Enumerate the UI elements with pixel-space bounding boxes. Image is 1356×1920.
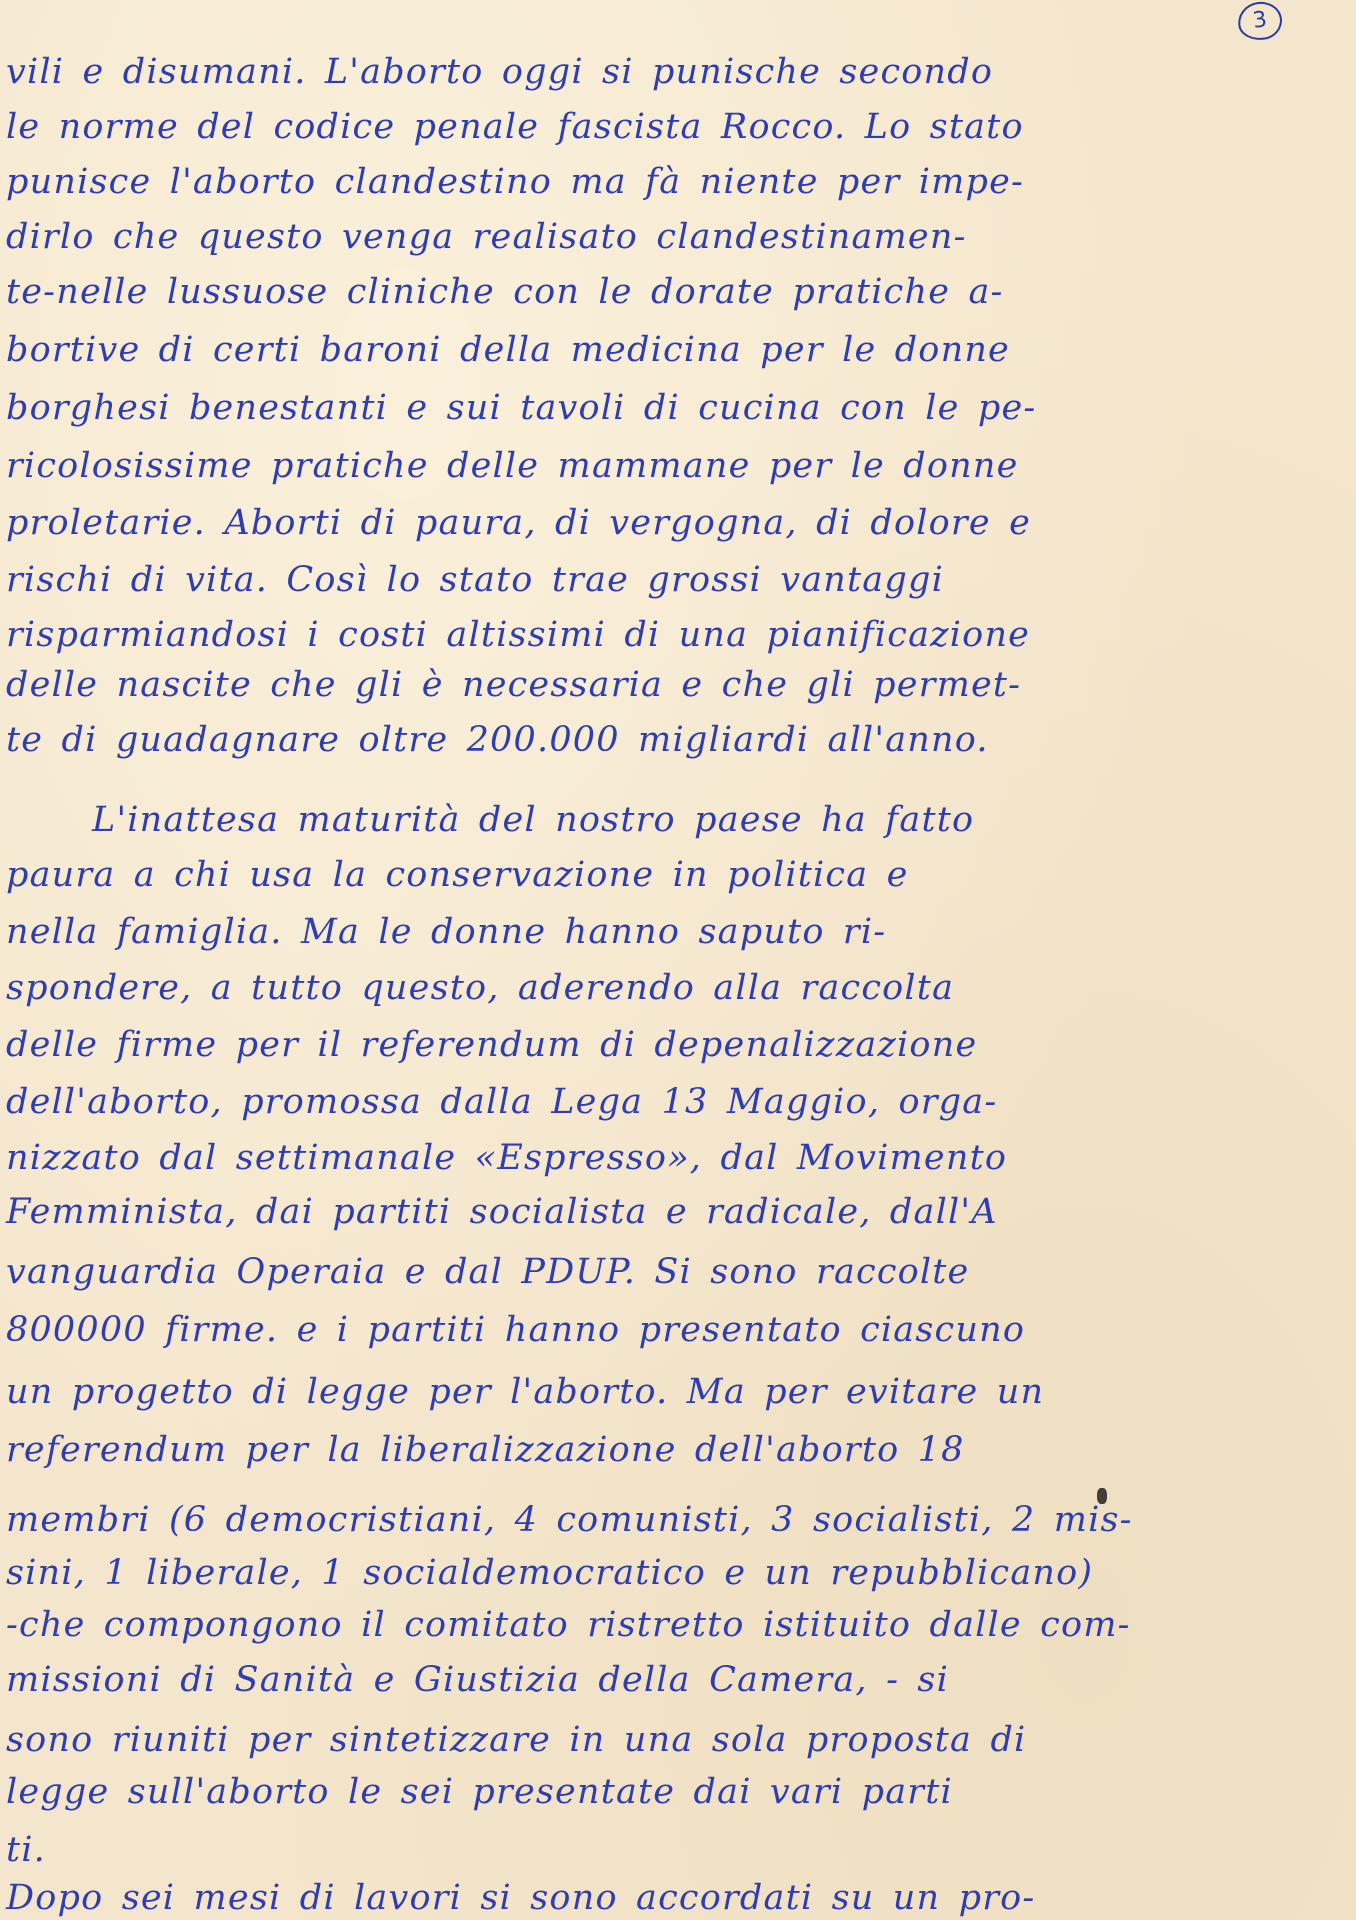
text-line-32: ti. <box>6 1830 46 1870</box>
text-line-33: Dopo sei mesi di lavori si sono accordat… <box>6 1878 1035 1918</box>
text-line-22: vanguardia Operaia e dal PDUP. Si sono r… <box>6 1252 969 1292</box>
handwritten-page: 3 vili e disumani. L'aborto oggi si puni… <box>0 0 1356 1920</box>
text-line-12: delle nascite che gli è necessaria e che… <box>6 665 1021 705</box>
text-line-29: missioni di Sanità e Giustizia della Cam… <box>6 1660 949 1700</box>
text-line-21: Femminista, dai partiti socialista e rad… <box>6 1192 998 1232</box>
text-line-2: le norme del codice penale fascista Rocc… <box>6 107 1024 147</box>
text-line-4: dirlo che questo venga realisato clandes… <box>6 217 967 257</box>
text-line-26: membri (6 democristiani, 4 comunisti, 3 … <box>6 1500 1133 1540</box>
page-number: 3 <box>1236 0 1285 43</box>
text-line-28: -che compongono il comitato ristretto is… <box>6 1605 1131 1645</box>
text-line-19: dell'aborto, promossa dalla Lega 13 Magg… <box>6 1082 997 1122</box>
text-line-7: borghesi benestanti e sui tavoli di cuci… <box>6 388 1036 428</box>
text-line-3: punisce l'aborto clandestino ma fà nient… <box>6 162 1024 202</box>
ink-stain <box>1097 1488 1107 1504</box>
text-line-24: un progetto di legge per l'aborto. Ma pe… <box>6 1372 1044 1412</box>
text-line-16: nella famiglia. Ma le donne hanno saputo… <box>6 912 886 952</box>
text-line-14: L'inattesa maturità del nostro paese ha … <box>92 800 974 840</box>
text-line-1: vili e disumani. L'aborto oggi si punisc… <box>6 52 993 92</box>
text-line-30: sono riuniti per sintetizzare in una sol… <box>6 1720 1026 1760</box>
text-line-23: 800000 firme. e i partiti hanno presenta… <box>6 1310 1025 1350</box>
text-line-27: sini, 1 liberale, 1 socialdemocratico e … <box>6 1553 1093 1593</box>
text-line-13: te di guadagnare oltre 200.000 migliardi… <box>6 720 989 760</box>
text-line-25: referendum per la liberalizzazione dell'… <box>6 1430 965 1470</box>
text-line-6: bortive di certi baroni della medicina p… <box>6 330 1010 370</box>
text-line-17: spondere, a tutto questo, aderendo alla … <box>6 968 954 1008</box>
text-line-31: legge sull'aborto le sei presentate dai … <box>6 1772 953 1812</box>
text-line-8: ricolosissime pratiche delle mammane per… <box>6 446 1019 486</box>
text-line-15: paura a chi usa la conservazione in poli… <box>6 855 909 895</box>
text-line-20: nizzato dal settimanale «Espresso», dal … <box>6 1138 1007 1178</box>
text-line-10: rischi di vita. Così lo stato trae gross… <box>6 560 944 600</box>
text-line-18: delle firme per il referendum di depenal… <box>6 1025 977 1065</box>
text-line-9: proletarie. Aborti di paura, di vergogna… <box>6 503 1031 543</box>
text-line-5: te-nelle lussuose cliniche con le dorate… <box>6 272 1004 312</box>
text-line-11: risparmiandosi i costi altissimi di una … <box>6 615 1030 655</box>
